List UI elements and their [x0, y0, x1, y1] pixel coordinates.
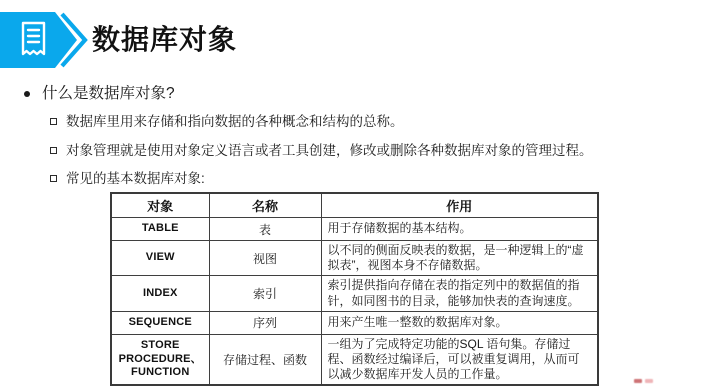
cell-desc: 一组为了完成特定功能的SQL 语句集。存储过程、函数经过编译后，可以被重复调用，… — [321, 334, 598, 385]
watermark-logo — [634, 379, 653, 383]
page-title: 数据库对象 — [92, 23, 237, 57]
table-row: TABLE 表 用于存储数据的基本结构。 — [111, 218, 598, 241]
table-row: INDEX 索引 索引提供指向存储在表的指定列中的数据值的指针，如同图书的目录，… — [111, 276, 598, 311]
cell-name: 表 — [209, 218, 321, 241]
table-row: STORE PROCEDURE、FUNCTION 存储过程、函数 一组为了完成特… — [111, 334, 598, 385]
cell-name: 索引 — [209, 276, 321, 311]
bullet-question-text: 什么是数据库对象? — [42, 84, 175, 104]
watermark-mark — [634, 379, 642, 383]
sub-bullet-definition: 数据库里用来存储和指向数据的各种概念和结构的总称。 — [50, 113, 404, 131]
table-row: VIEW 视图 以不同的侧面反映表的数据，是一种逻辑上的“虚拟表”，视图本身不存… — [111, 241, 598, 276]
bullet-square-icon — [50, 118, 57, 125]
table-row: SEQUENCE 序列 用来产生唯一整数的数据库对象。 — [111, 311, 598, 334]
col-header-object: 对象 — [111, 193, 209, 218]
bullet-dot-icon — [24, 91, 30, 97]
cell-object: TABLE — [111, 218, 209, 241]
slide: 数据库对象 什么是数据库对象? 数据库里用来存储和指向数据的各种概念和结构的总称… — [0, 0, 726, 389]
cell-name: 存储过程、函数 — [209, 334, 321, 385]
cell-desc: 用于存储数据的基本结构。 — [321, 218, 598, 241]
bullet-square-icon — [50, 147, 57, 154]
cell-object: STORE PROCEDURE、FUNCTION — [111, 334, 209, 385]
header-banner — [0, 12, 92, 70]
sub-bullet-management: 对象管理就是使用对象定义语言或者工具创建，修改或删除各种数据库对象的管理过程。 — [50, 142, 593, 160]
cell-name: 视图 — [209, 241, 321, 276]
bullet-square-icon — [50, 175, 57, 182]
cell-name: 序列 — [209, 311, 321, 334]
cell-object: VIEW — [111, 241, 209, 276]
sub-bullet-text: 数据库里用来存储和指向数据的各种概念和结构的总称。 — [66, 113, 404, 131]
cell-desc: 以不同的侧面反映表的数据，是一种逻辑上的“虚拟表”，视图本身不存储数据。 — [321, 241, 598, 276]
col-header-role: 作用 — [321, 193, 598, 218]
cell-object: SEQUENCE — [111, 311, 209, 334]
sub-bullet-common-objects: 常见的基本数据库对象: — [50, 170, 205, 188]
sub-bullet-text: 对象管理就是使用对象定义语言或者工具创建，修改或删除各种数据库对象的管理过程。 — [66, 142, 593, 160]
cell-desc: 用来产生唯一整数的数据库对象。 — [321, 311, 598, 334]
db-objects-table: 对象 名称 作用 TABLE 表 用于存储数据的基本结构。 VIEW 视图 以不… — [110, 192, 599, 386]
cell-object: INDEX — [111, 276, 209, 311]
bullet-question: 什么是数据库对象? — [24, 84, 175, 104]
watermark-mark — [645, 379, 653, 383]
cell-desc: 索引提供指向存储在表的指定列中的数据值的指针，如同图书的目录，能够加快表的查询速… — [321, 276, 598, 311]
table-header-row: 对象 名称 作用 — [111, 193, 598, 218]
col-header-name: 名称 — [209, 193, 321, 218]
sub-bullet-text: 常见的基本数据库对象: — [66, 170, 205, 188]
